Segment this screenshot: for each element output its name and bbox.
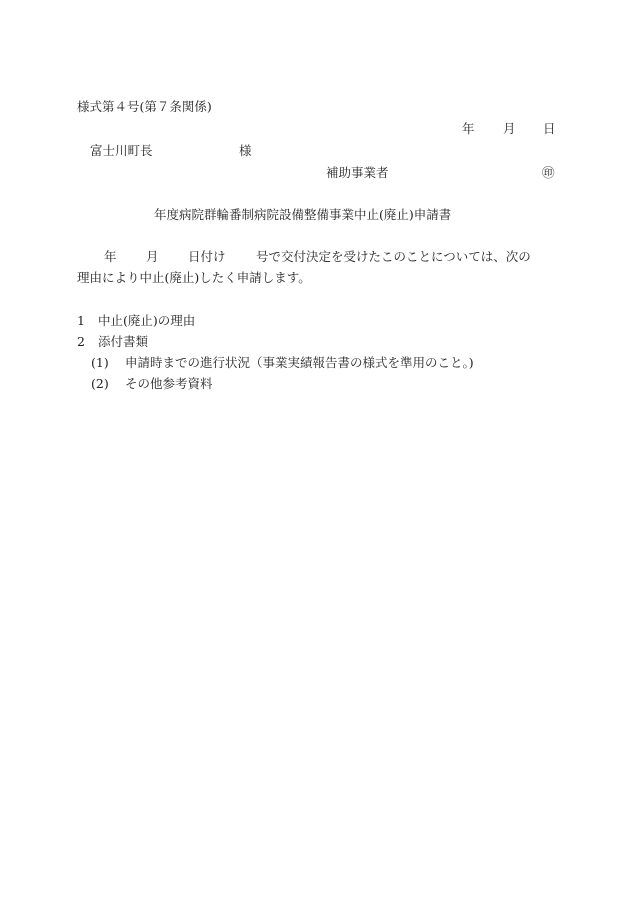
seal-mark: ㊞: [542, 165, 555, 181]
attachment-1-number: (1): [91, 355, 109, 371]
document-title: 年度病院群輪番制病院設備整備事業中止(廃止)申請書: [154, 207, 451, 223]
date-year-label: 年: [462, 121, 475, 137]
attachment-2-label: その他参考資料: [125, 376, 213, 392]
date-month-label: 月: [503, 121, 516, 137]
item-2-label: 添付書類: [98, 334, 148, 350]
body-month: 月: [146, 249, 159, 265]
item-2-number: 2: [77, 334, 85, 350]
date-day-label: 日: [543, 121, 556, 137]
form-number: 様式第４号(第７条関係): [77, 99, 212, 115]
addressee-honorific: 様: [239, 143, 252, 159]
attachment-1-label: 申請時までの進行状況（事業実績報告書の様式を準用のこと。): [125, 355, 474, 371]
attachment-2-number: (2): [91, 376, 109, 392]
body-line1-rest: 号で交付決定を受けたこのことについては、次の: [256, 249, 531, 265]
item-1-number: 1: [77, 313, 85, 329]
body-year: 年: [104, 249, 117, 265]
applicant-label: 補助事業者: [326, 165, 389, 181]
item-1-label: 中止(廃止)の理由: [98, 313, 195, 329]
addressee-name: 富士川町長: [90, 143, 153, 159]
body-day: 日付け: [188, 249, 226, 265]
body-line2: 理由により中止(廃止)したく申請します。: [77, 270, 311, 286]
